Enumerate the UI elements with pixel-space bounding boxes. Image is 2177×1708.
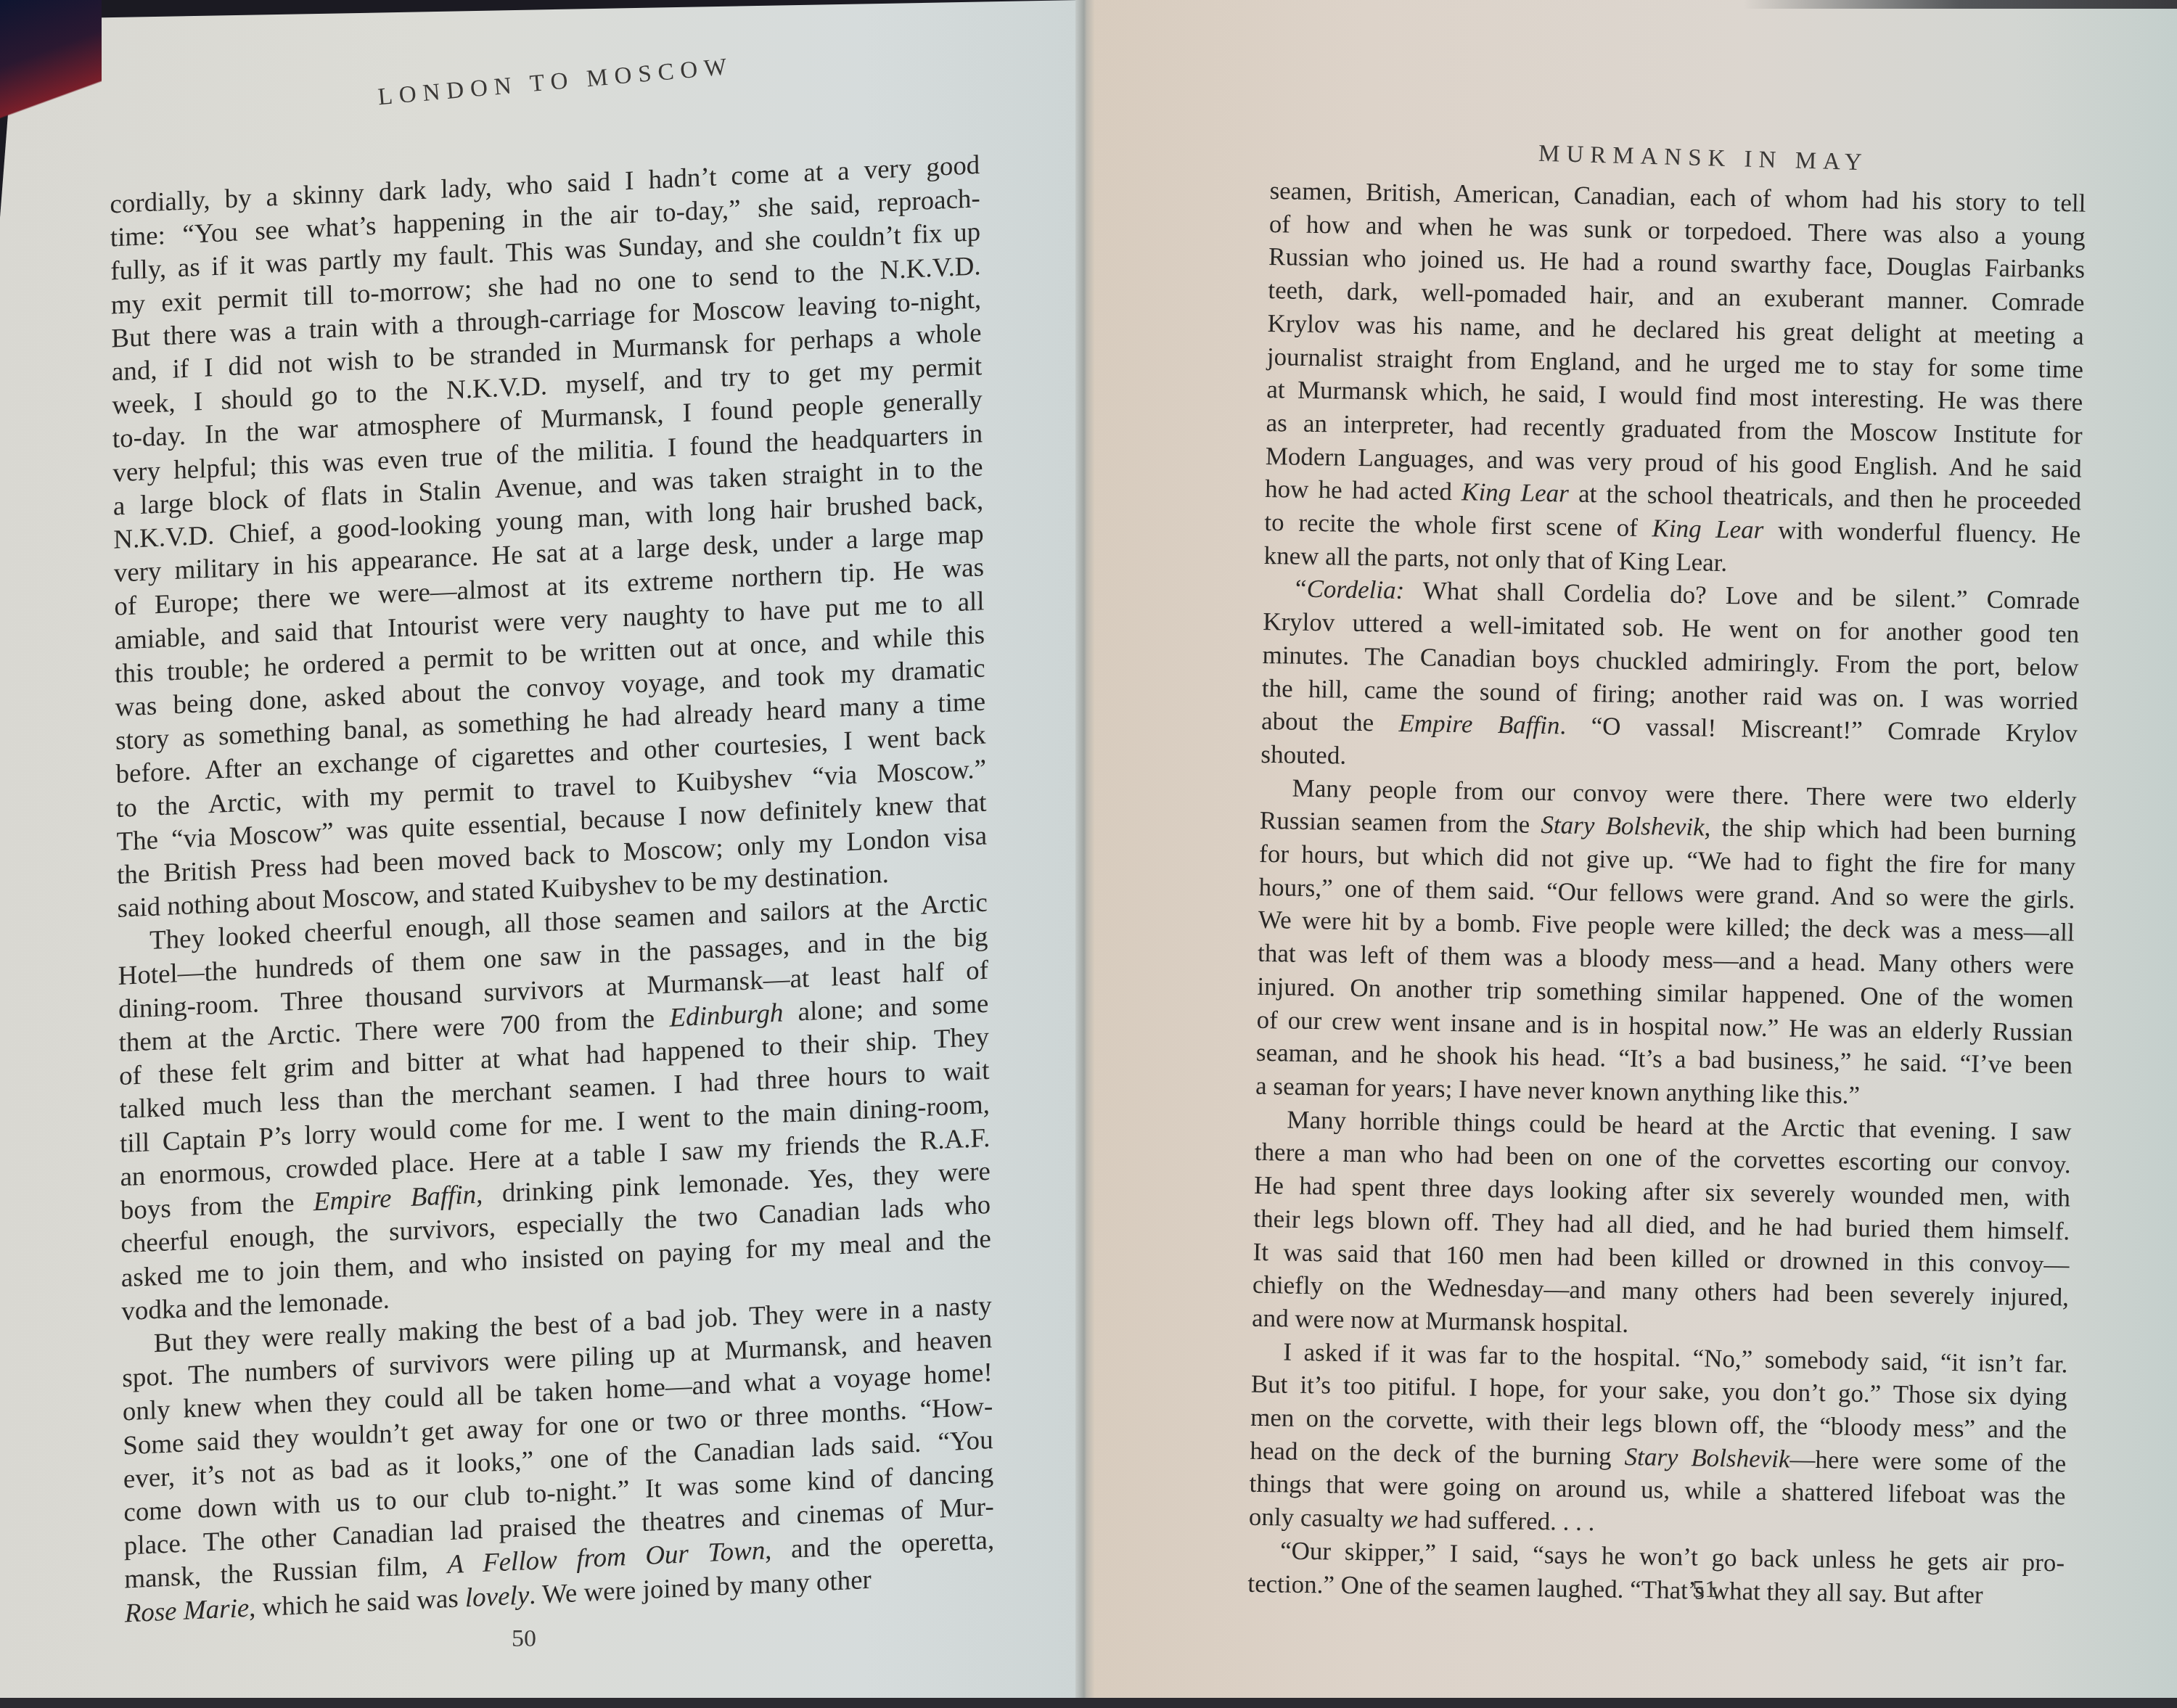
background-surface bbox=[0, 1698, 2177, 1708]
italic-title: King Lear bbox=[1461, 478, 1569, 508]
background-fabric bbox=[0, 0, 102, 131]
italic-title: we bbox=[1390, 1505, 1418, 1534]
text-run: and were now at Murmansk hospital. bbox=[1252, 1304, 1629, 1338]
text-run: . “O vassal! Miscreant!” Comrade Krylov bbox=[1559, 712, 2078, 748]
italic-title: Stary Bolshevik bbox=[1541, 810, 1705, 842]
text-run: —here were some of the bbox=[1789, 1445, 2066, 1477]
text-run: with wonderful fluency. He bbox=[1763, 516, 2081, 549]
text-run: , the ship which had been burning bbox=[1704, 813, 2076, 847]
background-edge bbox=[1092, 0, 2177, 9]
left-page-body: cordially, by a skinny dark lady, who sa… bbox=[110, 149, 995, 1630]
text-run: had suffered. . . . bbox=[1418, 1506, 1595, 1537]
italic-title: Rose Marie bbox=[125, 1593, 250, 1628]
italic-title: Edinburgh bbox=[669, 998, 783, 1033]
text-run: knew all the parts, not only that of Kin… bbox=[1263, 541, 1727, 577]
italic-title: Empire Baffin bbox=[1398, 709, 1559, 739]
book-gutter bbox=[1075, 0, 1094, 1698]
text-run: about the bbox=[1261, 707, 1399, 737]
italic-title: lovely bbox=[465, 1580, 530, 1613]
page-number-left: 50 bbox=[512, 1625, 536, 1653]
book-spread: LONDON TO MOSCOW cordially, by a skinny … bbox=[0, 0, 2177, 1698]
right-page-body: seamen, British, American, Canadian, eac… bbox=[1247, 174, 2086, 1613]
text-run: head on the deck of the burning bbox=[1250, 1437, 1625, 1471]
text-run: “ bbox=[1295, 575, 1307, 603]
text-run: how he had acted bbox=[1265, 475, 1462, 506]
italic-title: King Lear bbox=[1652, 514, 1763, 543]
page-number-right: 51 bbox=[1692, 1576, 1717, 1604]
text-run: Russian seamen from the bbox=[1260, 806, 1541, 839]
italic-title: Empire Baffin bbox=[313, 1180, 477, 1217]
italic-title: Stary Bolshevik bbox=[1624, 1442, 1789, 1474]
text-run: to recite the whole first scene of bbox=[1264, 508, 1652, 542]
text-run: at the school theatricals, and then he p… bbox=[1568, 480, 2081, 516]
text-run: only casualty bbox=[1249, 1503, 1390, 1533]
text-run: shouted. bbox=[1260, 740, 1346, 770]
italic-title: Cordelia: bbox=[1306, 575, 1404, 604]
